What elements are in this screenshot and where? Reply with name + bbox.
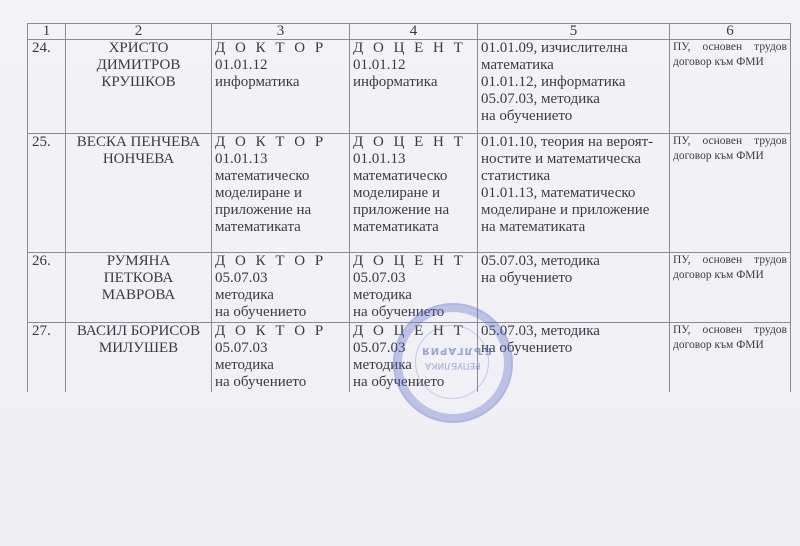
doctor-title: Д О К Т О Р	[215, 253, 346, 270]
doctor-degree-cell: Д О К Т О Р01.01.13математическомоделира…	[212, 134, 350, 253]
employment-word: трудов	[754, 253, 787, 268]
docent-code: 05.07.03	[353, 340, 474, 357]
employment-line: ПУ,основентрудов	[673, 253, 787, 268]
docent-title: Д О Ц Е Н Т	[353, 323, 474, 340]
person-name-line: ДИМИТРОВ	[69, 57, 208, 74]
doctor-field-line: приложение на	[215, 202, 346, 219]
doctor-field-line: информатика	[215, 74, 346, 91]
row-number-cell: 25.	[28, 134, 66, 253]
doctor-code: 01.01.12	[215, 57, 346, 74]
employment-cell: ПУ,основентрудовдоговор към ФМИ	[670, 253, 791, 323]
employment-line: договор към ФМИ	[673, 338, 787, 353]
docent-field-line: методика	[353, 287, 474, 304]
doctor-title: Д О К Т О Р	[215, 40, 346, 57]
doctor-field-line: на обучението	[215, 374, 346, 391]
doctor-title: Д О К Т О Р	[215, 323, 346, 340]
faculty-table: 1 2 3 4 5 6 24.ХРИСТОДИМИТРОВКРУШКОВД О …	[27, 23, 791, 392]
employment-word: трудов	[754, 323, 787, 338]
employment-line: договор към ФМИ	[673, 55, 787, 70]
person-name-line: ПЕТКОВА	[69, 270, 208, 287]
person-name-line: НОНЧЕВА	[69, 151, 208, 168]
specialty-line: статистика	[481, 168, 666, 185]
specialty-line: 01.01.13, математическо	[481, 185, 666, 202]
doctor-code: 01.01.13	[215, 151, 346, 168]
specialty-line: на математиката	[481, 219, 666, 236]
docent-field-line: математическо	[353, 168, 474, 185]
column-number-row: 1 2 3 4 5 6	[28, 24, 791, 40]
doctor-degree-cell: Д О К Т О Р01.01.12информатика	[212, 40, 350, 134]
specialty-line: математика	[481, 57, 666, 74]
docent-title: Д О Ц Е Н Т	[353, 40, 474, 57]
docent-title: Д О Ц Е Н Т	[353, 253, 474, 270]
row-number-cell: 27.	[28, 323, 66, 393]
person-name-line: ХРИСТО	[69, 40, 208, 57]
table-row: 24.ХРИСТОДИМИТРОВКРУШКОВД О К Т О Р01.01…	[28, 40, 791, 134]
employment-word: ПУ,	[673, 323, 690, 338]
person-name-line: РУМЯНА	[69, 253, 208, 270]
column-number: 1	[28, 24, 66, 40]
employment-cell: ПУ,основентрудовдоговор към ФМИ	[670, 323, 791, 393]
specialty-line: 01.01.10, теория на вероят-	[481, 134, 666, 151]
specialties-cell: 05.07.03, методикана обучението	[478, 323, 670, 393]
employment-word: основен	[702, 134, 742, 149]
doctor-code: 05.07.03	[215, 270, 346, 287]
name-cell: ВЕСКА ПЕНЧЕВАНОНЧЕВА	[66, 134, 212, 253]
row-number: 24.	[32, 40, 62, 57]
doctor-code: 05.07.03	[215, 340, 346, 357]
employment-cell: ПУ,основентрудовдоговор към ФМИ	[670, 40, 791, 134]
person-name-line: ВАСИЛ БОРИСОВ	[69, 323, 208, 340]
person-name-line: МАВРОВА	[69, 287, 208, 304]
column-number: 6	[670, 24, 791, 40]
row-number-cell: 26.	[28, 253, 66, 323]
docent-title: Д О Ц Е Н Т	[353, 134, 474, 151]
docent-code: 01.01.12	[353, 57, 474, 74]
docent-field-line: информатика	[353, 74, 474, 91]
employment-word: трудов	[754, 134, 787, 149]
table-row: 27.ВАСИЛ БОРИСОВМИЛУШЕВД О К Т О Р05.07.…	[28, 323, 791, 393]
docent-degree-cell: Д О Ц Е Н Т05.07.03методикана обучението	[350, 253, 478, 323]
doctor-field-line: методика	[215, 357, 346, 374]
doctor-field-line: математиката	[215, 219, 346, 236]
specialty-line: 05.07.03, методика	[481, 91, 666, 108]
employment-line: договор към ФМИ	[673, 149, 787, 164]
doctor-title: Д О К Т О Р	[215, 134, 346, 151]
specialty-line: 01.01.12, информатика	[481, 74, 666, 91]
document-page: 1 2 3 4 5 6 24.ХРИСТОДИМИТРОВКРУШКОВД О …	[0, 0, 800, 546]
employment-cell: ПУ,основентрудовдоговор към ФМИ	[670, 134, 791, 253]
specialty-line: на обучението	[481, 108, 666, 125]
column-number: 5	[478, 24, 670, 40]
column-number: 2	[66, 24, 212, 40]
specialty-line: моделиране и приложение	[481, 202, 666, 219]
docent-field-line: методика	[353, 357, 474, 374]
docent-degree-cell: Д О Ц Е Н Т01.01.13математическомоделира…	[350, 134, 478, 253]
person-name-line: ВЕСКА ПЕНЧЕВА	[69, 134, 208, 151]
doctor-field-line: моделиране и	[215, 185, 346, 202]
person-name-line: МИЛУШЕВ	[69, 340, 208, 357]
specialty-line: 05.07.03, методика	[481, 253, 666, 270]
specialty-line: 01.01.09, изчислителна	[481, 40, 666, 57]
doctor-field-line: математическо	[215, 168, 346, 185]
specialty-line: на обучението	[481, 340, 666, 357]
docent-code: 01.01.13	[353, 151, 474, 168]
employment-line: договор към ФМИ	[673, 268, 787, 283]
employment-word: основен	[702, 253, 742, 268]
person-name-line: КРУШКОВ	[69, 74, 208, 91]
docent-field-line: математиката	[353, 219, 474, 236]
doctor-field-line: методика	[215, 287, 346, 304]
doctor-field-line: на обучението	[215, 304, 346, 321]
employment-word: основен	[702, 40, 742, 55]
employment-line: ПУ,основентрудов	[673, 40, 787, 55]
employment-word: ПУ,	[673, 134, 690, 149]
row-number: 25.	[32, 134, 62, 151]
name-cell: ХРИСТОДИМИТРОВКРУШКОВ	[66, 40, 212, 134]
row-number: 27.	[32, 323, 62, 340]
employment-line: ПУ,основентрудов	[673, 323, 787, 338]
specialties-cell: 05.07.03, методикана обучението	[478, 253, 670, 323]
table-row: 25.ВЕСКА ПЕНЧЕВАНОНЧЕВАД О К Т О Р01.01.…	[28, 134, 791, 253]
employment-word: основен	[702, 323, 742, 338]
column-number: 3	[212, 24, 350, 40]
specialty-line: ностите и математическа	[481, 151, 666, 168]
doctor-degree-cell: Д О К Т О Р05.07.03методикана обучението	[212, 323, 350, 393]
docent-field-line: на обучението	[353, 304, 474, 321]
specialty-line: 05.07.03, методика	[481, 323, 666, 340]
name-cell: ВАСИЛ БОРИСОВМИЛУШЕВ	[66, 323, 212, 393]
employment-word: ПУ,	[673, 253, 690, 268]
column-number: 4	[350, 24, 478, 40]
docent-degree-cell: Д О Ц Е Н Т05.07.03методикана обучението	[350, 323, 478, 393]
table-row: 26.РУМЯНАПЕТКОВАМАВРОВАД О К Т О Р05.07.…	[28, 253, 791, 323]
employment-word: трудов	[754, 40, 787, 55]
docent-degree-cell: Д О Ц Е Н Т01.01.12информатика	[350, 40, 478, 134]
doctor-degree-cell: Д О К Т О Р05.07.03методикана обучението	[212, 253, 350, 323]
specialties-cell: 01.01.09, изчислителнаматематика01.01.12…	[478, 40, 670, 134]
docent-field-line: на обучението	[353, 374, 474, 391]
docent-code: 05.07.03	[353, 270, 474, 287]
employment-word: ПУ,	[673, 40, 690, 55]
specialty-line: на обучението	[481, 270, 666, 287]
row-number-cell: 24.	[28, 40, 66, 134]
name-cell: РУМЯНАПЕТКОВАМАВРОВА	[66, 253, 212, 323]
row-number: 26.	[32, 253, 62, 270]
specialties-cell: 01.01.10, теория на вероят-ностите и мат…	[478, 134, 670, 253]
docent-field-line: приложение на	[353, 202, 474, 219]
docent-field-line: моделиране и	[353, 185, 474, 202]
employment-line: ПУ,основентрудов	[673, 134, 787, 149]
